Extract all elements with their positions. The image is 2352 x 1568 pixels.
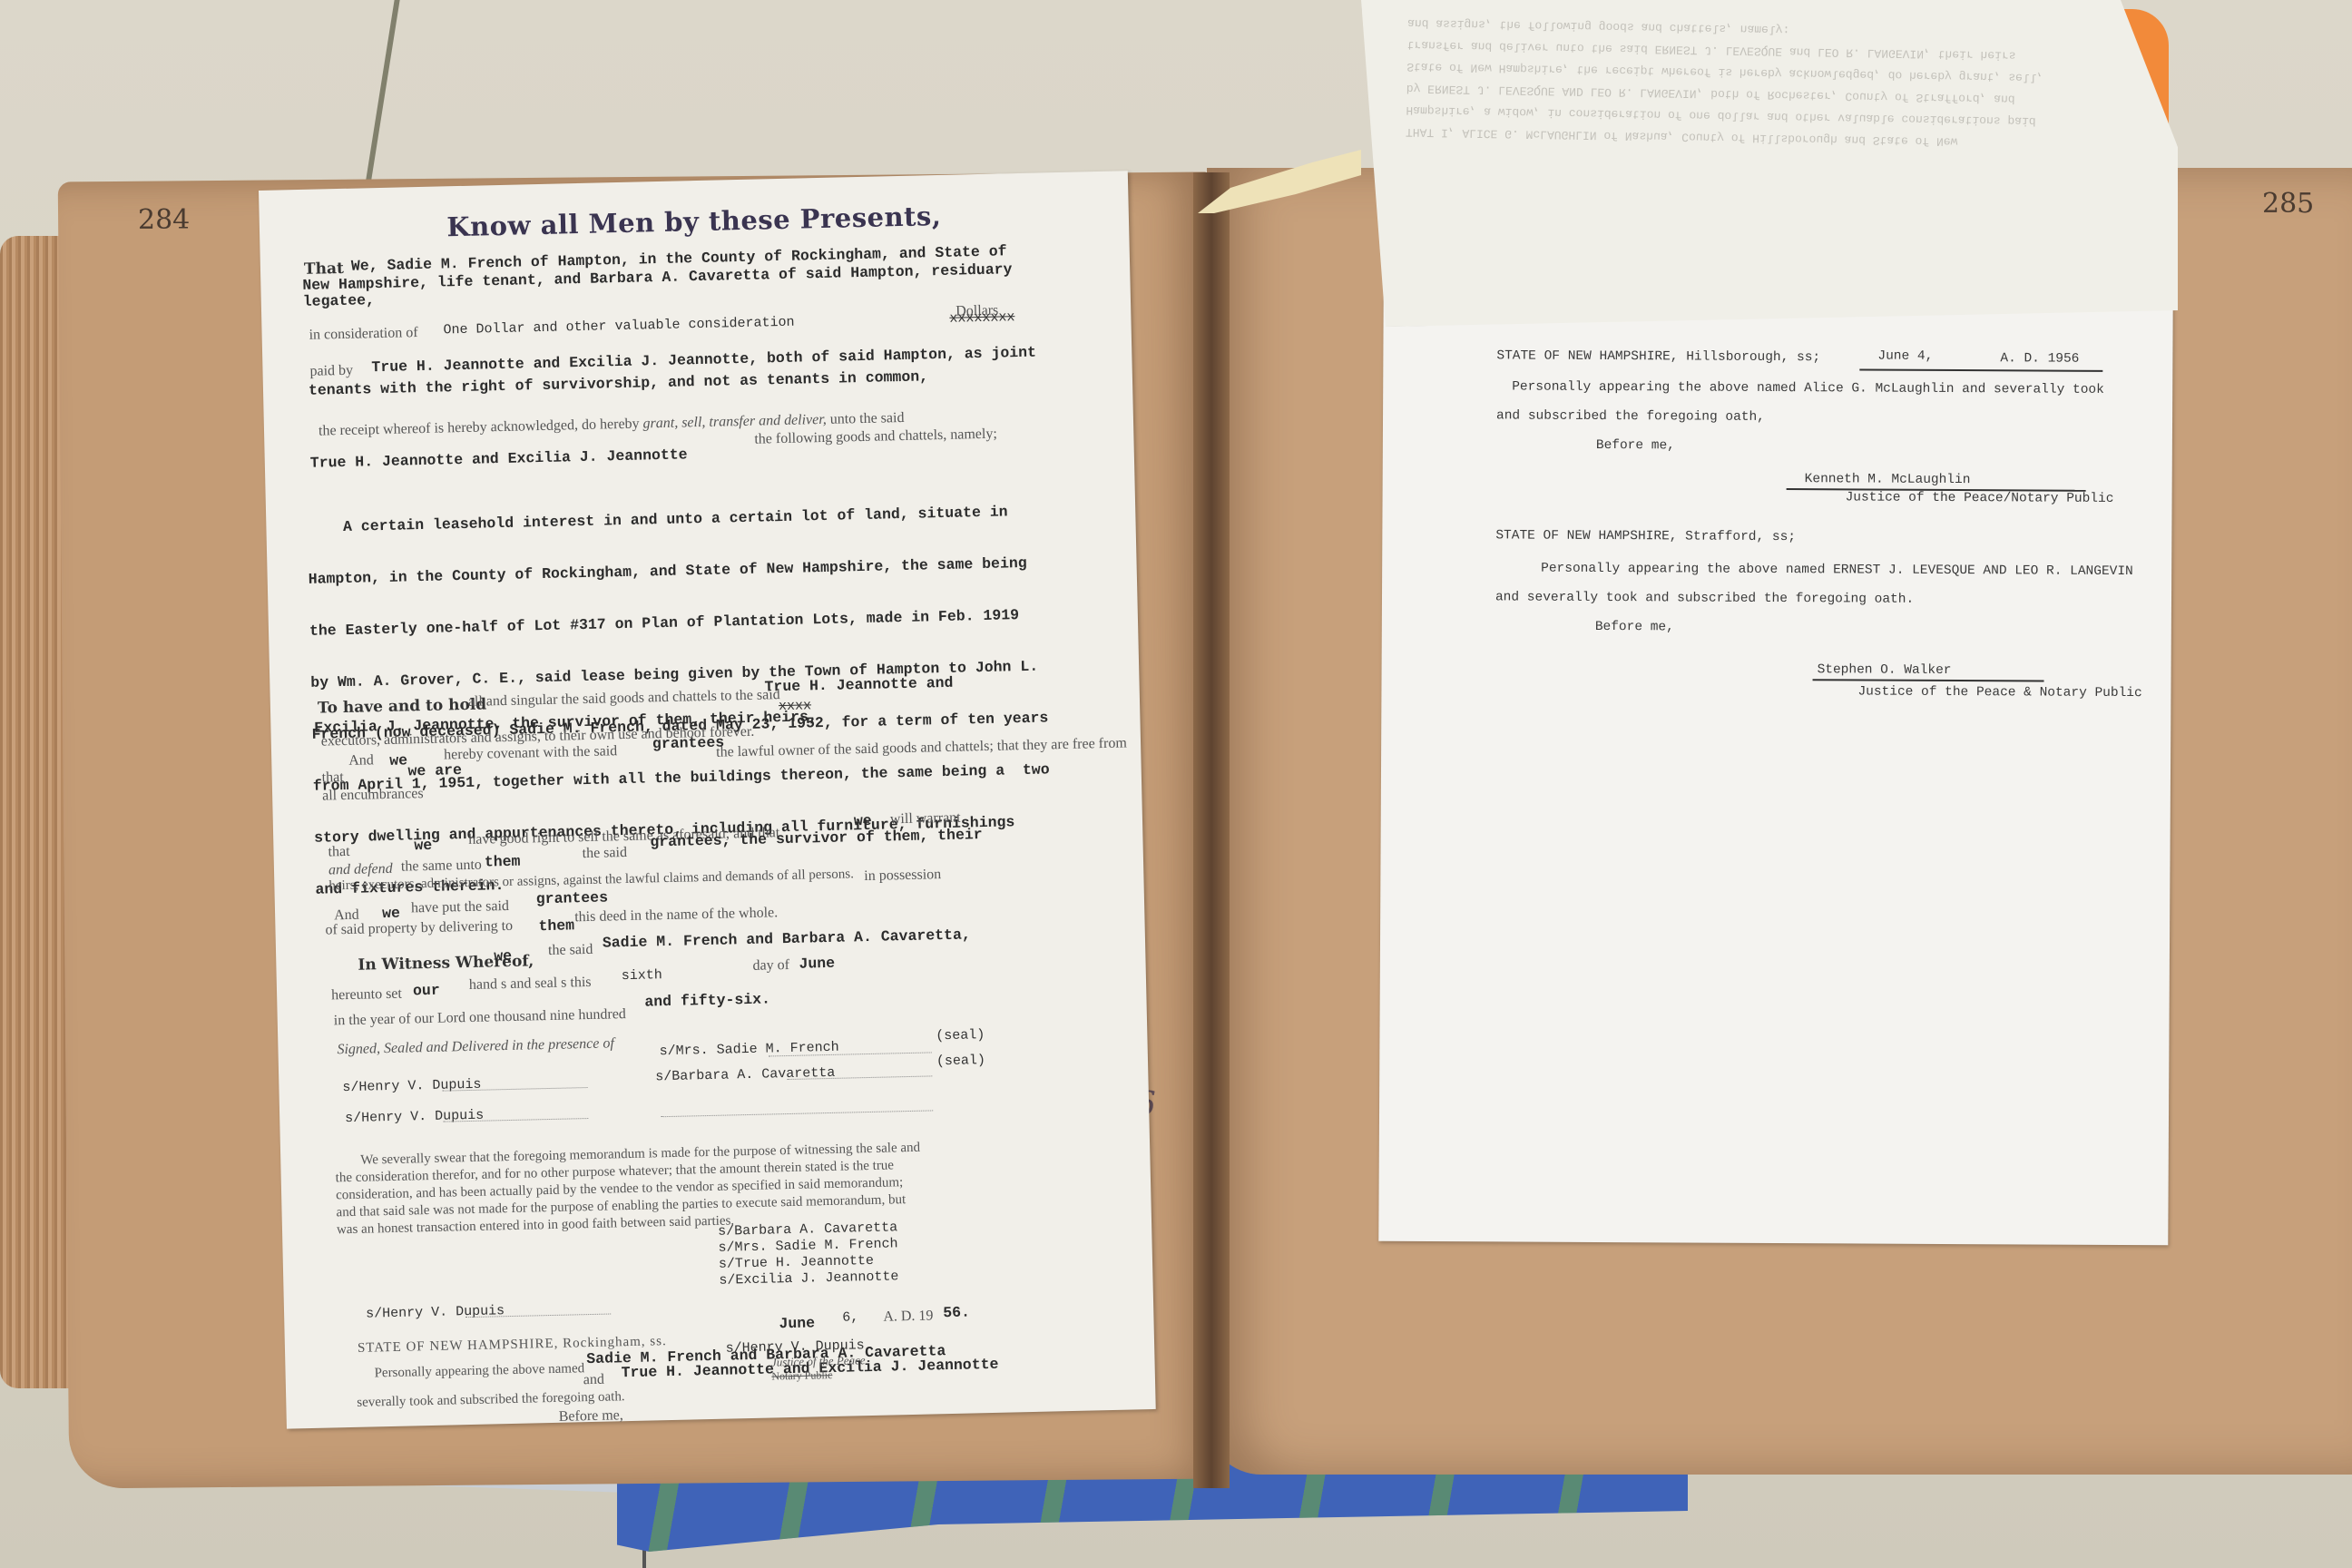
will-warrant: will warrant	[890, 810, 961, 828]
jurat-ad: A. D. 19	[883, 1308, 934, 1325]
consideration-value: One Dollar and other valuable considerat…	[443, 315, 794, 338]
covenant-we-are: we are	[407, 761, 462, 779]
jurat-signature-block: s/Henry V. Dupuis Justice of the Peace N…	[725, 1338, 866, 1384]
date-underline	[1859, 368, 2102, 371]
year-typed: and fifty-six.	[644, 990, 770, 1010]
defend-them: them	[485, 853, 521, 871]
folded-document-flap: THAT I, ALICE G. McLAUGHLIN of Nashua, C…	[1361, 0, 2178, 327]
signature-line	[661, 1110, 933, 1117]
delivering-to: of said property by delivering to	[325, 918, 513, 939]
mirrored-show-through-text: THAT I, ALICE G. McLAUGHLIN of Nashua, C…	[1406, 12, 2133, 155]
habendum-strikeout: xxxx	[779, 698, 811, 714]
dollars-strikeout: xxxxxxxx	[949, 309, 1014, 327]
delivering-them: them	[538, 916, 574, 935]
hereunto-our: our	[413, 982, 440, 1000]
signature-underline	[1813, 679, 2044, 681]
month: June	[799, 955, 835, 973]
witness-signature-2: s/Henry V. Dupuis	[345, 1108, 484, 1126]
ack1-signature: Kenneth M. McLaughlin	[1805, 472, 1971, 487]
ack1-date: June 4,	[1877, 349, 1933, 364]
grantees-names: True H. Jeannotte and Excilia J. Jeannot…	[310, 446, 688, 471]
habendum-label: To have and to hold	[318, 695, 487, 717]
jurat-before-me: Before me,	[559, 1407, 623, 1426]
oath-witness-signature: s/Henry V. Dupuis	[366, 1303, 505, 1321]
grantor-line-3: legatee,	[303, 291, 376, 310]
ack1-ad-year: A. D. 1956	[2000, 351, 2079, 366]
ack1-notary-title: Justice of the Peace/Notary Public	[1846, 490, 2114, 506]
paid-by-line-1: True H. Jeannotte and Excilia J. Jeannot…	[371, 344, 1036, 377]
signer-barbara-cavaretta: s/Barbara A. Cavaretta	[655, 1065, 835, 1084]
witness-names: Sadie M. French and Barbara A. Cavaretta…	[603, 926, 971, 951]
signer-sadie-french: s/Mrs. Sadie M. French	[659, 1040, 838, 1059]
witness-the-said: the said	[548, 942, 593, 959]
day-of: day of	[752, 957, 789, 975]
consideration-label: in consideration of	[309, 325, 417, 344]
covenant-and: And	[348, 752, 374, 769]
ack1-before-me: Before me,	[1596, 438, 1675, 453]
jurat-year: 56.	[943, 1304, 970, 1322]
ack2-state: STATE OF NEW HAMPSHIRE, Strafford, ss;	[1495, 528, 1796, 544]
have-put: have put the said	[411, 898, 509, 916]
notarial-acknowledgment-document: STATE OF NEW HAMPSHIRE, Hillsborough, ss…	[1378, 298, 2172, 1246]
in-possession: in possession	[864, 867, 941, 885]
covenant-we: we	[389, 751, 407, 769]
ack2-line-2: and severally took and subscribed the fo…	[1495, 590, 1914, 606]
year-text: in the year of our Lord one thousand nin…	[334, 1006, 626, 1029]
jurat-month: June	[779, 1314, 815, 1332]
ack1-state: STATE OF NEW HAMPSHIRE, Hillsborough, ss…	[1496, 348, 1820, 365]
page-number-left: 284	[138, 204, 190, 236]
ack1-line-2: and subscribed the foregoing oath,	[1496, 408, 1765, 425]
seal-label-1: (seal)	[936, 1027, 985, 1044]
jurat-day: 6,	[842, 1309, 858, 1325]
covenant-that: that	[322, 769, 344, 787]
witness-signature-1: s/Henry V. Dupuis	[342, 1077, 481, 1095]
witness-we: we	[494, 947, 512, 965]
day-word: sixth	[622, 967, 662, 984]
page-number-right: 285	[2262, 188, 2314, 220]
paid-by-label: paid by	[309, 363, 353, 380]
same-unto: the same unto	[401, 857, 482, 876]
covenant-grantees: grantees	[652, 734, 725, 753]
ack2-line-1: Personally appearing the above named ERN…	[1541, 562, 2133, 579]
bill-of-sale-document: Know all Men by these Presents, That We,…	[259, 171, 1156, 1428]
jurat-and: and	[583, 1372, 605, 1389]
ack1-line-1: Personally appearing the above named Ali…	[1512, 379, 2104, 397]
possession-we: we	[382, 905, 400, 922]
hands-and-seals: hand s and seal s this	[469, 975, 592, 994]
seal-label-2: (seal)	[936, 1053, 985, 1069]
warrant-we: we	[854, 812, 872, 829]
right-we: we	[414, 837, 432, 854]
and-defend: and defend	[328, 861, 393, 879]
covenant-encumbrances: all encumbrances	[322, 786, 424, 805]
oath-signers: s/Barbara A. Cavaretta s/Mrs. Sadie M. F…	[718, 1220, 899, 1289]
hereunto-set: hereunto set	[331, 986, 402, 1004]
book-gutter	[1193, 172, 1230, 1488]
ack2-before-me: Before me,	[1595, 620, 1674, 634]
signed-sealed-label: Signed, Sealed and Delivered in the pres…	[337, 1035, 614, 1058]
following-goods-label: the following goods and chattels, namely…	[754, 426, 997, 448]
possession-grantees: grantees	[536, 888, 609, 907]
jurat-appearing: Personally appearing the above named	[374, 1361, 584, 1381]
ack2-notary-title: Justice of the Peace & Notary Public	[1857, 684, 2141, 701]
right-that: that	[328, 844, 349, 861]
defend-the-said: the said	[582, 845, 627, 862]
ack2-signature: Stephen O. Walker	[1818, 662, 1952, 678]
deed-title: Know all Men by these Presents,	[260, 196, 1130, 247]
